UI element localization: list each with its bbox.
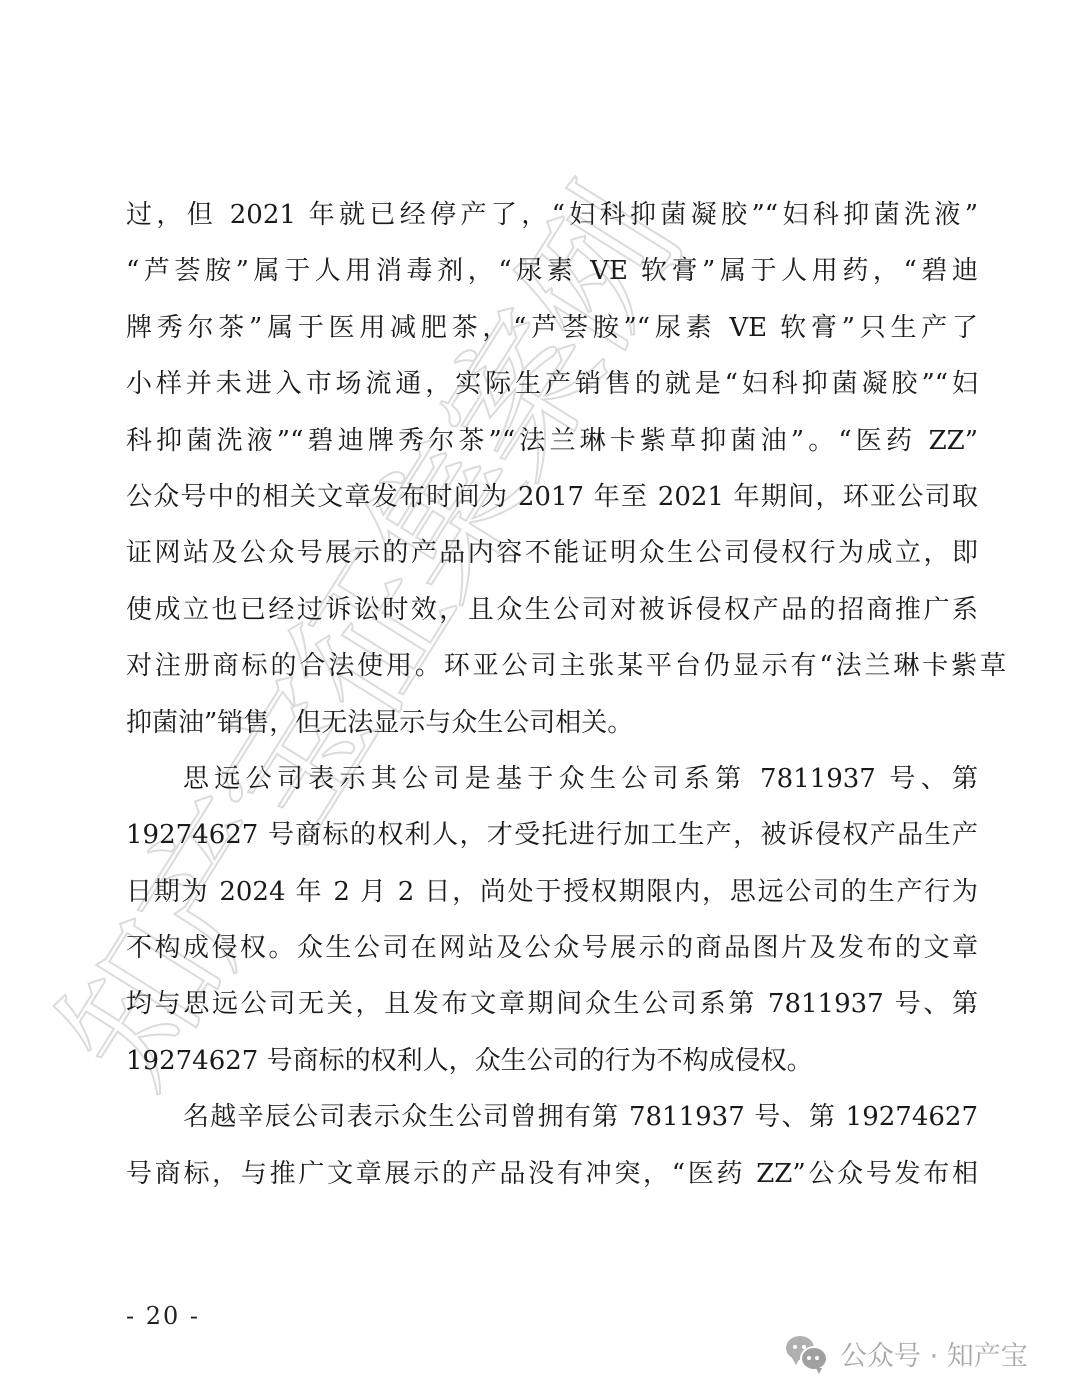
document-page: 知产宝征集案例 过，但 2021 年就已经停产了，“妇科抑菌凝胶”“妇科抑菌洗液… [0,0,1080,1397]
text-line: 牌秀尔茶”属于医用减肥茶，“芦荟胺”“尿素 VE 软膏”只生产了 [126,300,978,356]
text-line: 名越辛辰公司表示众生公司曾拥有第 7811937 号、第 19274627 [126,1089,978,1145]
wechat-icon [786,1336,830,1372]
text-line: 不构成侵权。众生公司在网站及公众号展示的商品图片及发布的文章 [126,920,978,976]
paragraph-3: 名越辛辰公司表示众生公司曾拥有第 7811937 号、第 19274627 号商… [126,1089,978,1202]
text-line: 科抑菌洗液”“碧迪牌秀尔茶”“法兰琳卡紫草抑菌油”。“医药 ZZ” [126,413,978,469]
text-line: 19274627 号商标的权利人，众生公司的行为不构成侵权。 [126,1033,978,1089]
footer-brand: 公众号 · 知产宝 [786,1334,1028,1373]
text-line: 证网站及公众号展示的产品内容不能证明众生公司侵权行为成立，即 [126,525,978,581]
text-line: 使成立也已经过诉讼时效，且众生公司对被诉侵权产品的招商推广系 [126,582,978,638]
footer-brand-label: 公众号 · 知产宝 [840,1334,1028,1373]
text-line: 号商标，与推广文章展示的产品没有冲突，“医药 ZZ”公众号发布相 [126,1146,978,1202]
page-number: - 20 - [126,1302,200,1330]
document-body: 过，但 2021 年就已经停产了，“妇科抑菌凝胶”“妇科抑菌洗液” “芦荟胺”属… [126,187,978,1202]
text-line: 均与思远公司无关，且发布文章期间众生公司系第 7811937 号、第 [126,976,978,1032]
text-line: 公众号中的相关文章发布时间为 2017 年至 2021 年期间，环亚公司取 [126,469,978,525]
text-line: 小样并未进入市场流通，实际生产销售的就是“妇科抑菌凝胶”“妇 [126,356,978,412]
text-line: “芦荟胺”属于人用消毒剂，“尿素 VE 软膏”属于人用药，“碧迪 [126,243,978,299]
paragraph-2: 思远公司表示其公司是基于众生公司系第 7811937 号、第 19274627 … [126,751,978,1089]
paragraph-1: 过，但 2021 年就已经停产了，“妇科抑菌凝胶”“妇科抑菌洗液” “芦荟胺”属… [126,187,978,751]
text-line: 对注册商标的合法使用。环亚公司主张某平台仍显示有“法兰琳卡紫草 [126,638,1006,694]
text-line: 19274627 号商标的权利人，才受托进行加工生产，被诉侵权产品生产 [126,807,978,863]
text-line: 思远公司表示其公司是基于众生公司系第 7811937 号、第 [126,751,978,807]
text-line: 过，但 2021 年就已经停产了，“妇科抑菌凝胶”“妇科抑菌洗液” [126,187,978,243]
text-line: 抑菌油”销售，但无法显示与众生公司相关。 [126,695,978,751]
text-line: 日期为 2024 年 2 月 2 日，尚处于授权期限内，思远公司的生产行为 [126,864,978,920]
